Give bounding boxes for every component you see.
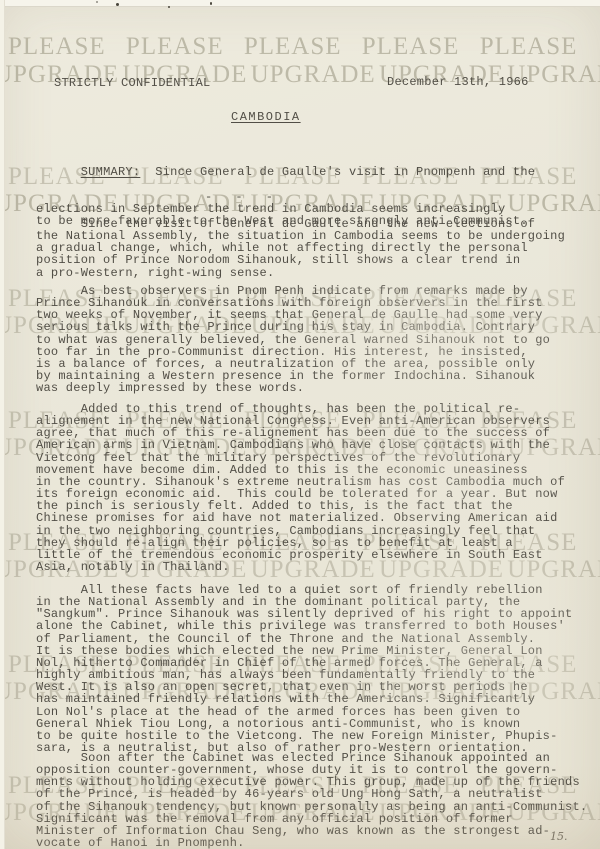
summary-line-1: SUMMARY: Since General de Gaulle's visit… bbox=[36, 166, 598, 178]
scan-speck bbox=[96, 1, 98, 3]
body-paragraph-5: Soon after the Cabinet was elected Princ… bbox=[36, 752, 598, 849]
body-paragraph-2: As best observers in Pnom Penh indicate … bbox=[36, 285, 598, 394]
summary-line-1-text: Since General de Gaulle's visit in Pnomp… bbox=[140, 165, 535, 179]
document-title: CAMBODIA bbox=[231, 111, 301, 123]
document-date: December 13th, 1966 bbox=[387, 76, 529, 88]
scan-speck bbox=[210, 2, 212, 5]
scan-edge-left bbox=[0, 0, 5, 849]
scan-speck bbox=[168, 6, 170, 8]
body-paragraph-1: Since the visit of General de Gaulle and… bbox=[36, 218, 598, 279]
body-paragraph-3: Added to this trend of thoughts, has bee… bbox=[36, 403, 598, 573]
document-page: PLEASE PLEASE PLEASE PLEASE PLEASE UPGRA… bbox=[0, 0, 600, 849]
section-separator: - - - bbox=[205, 191, 275, 203]
classification-label: STRICTLY CONFIDENTIAL bbox=[54, 77, 210, 89]
scan-edge-top bbox=[0, 0, 600, 7]
summary-indent bbox=[36, 165, 81, 179]
watermark-please-row: PLEASE PLEASE PLEASE PLEASE PLEASE bbox=[8, 34, 577, 59]
scan-speck bbox=[116, 3, 119, 6]
body-paragraph-4: All these facts have led to a quiet sort… bbox=[36, 584, 598, 754]
page-number: 15. bbox=[550, 830, 568, 843]
summary-label: SUMMARY: bbox=[81, 165, 141, 179]
